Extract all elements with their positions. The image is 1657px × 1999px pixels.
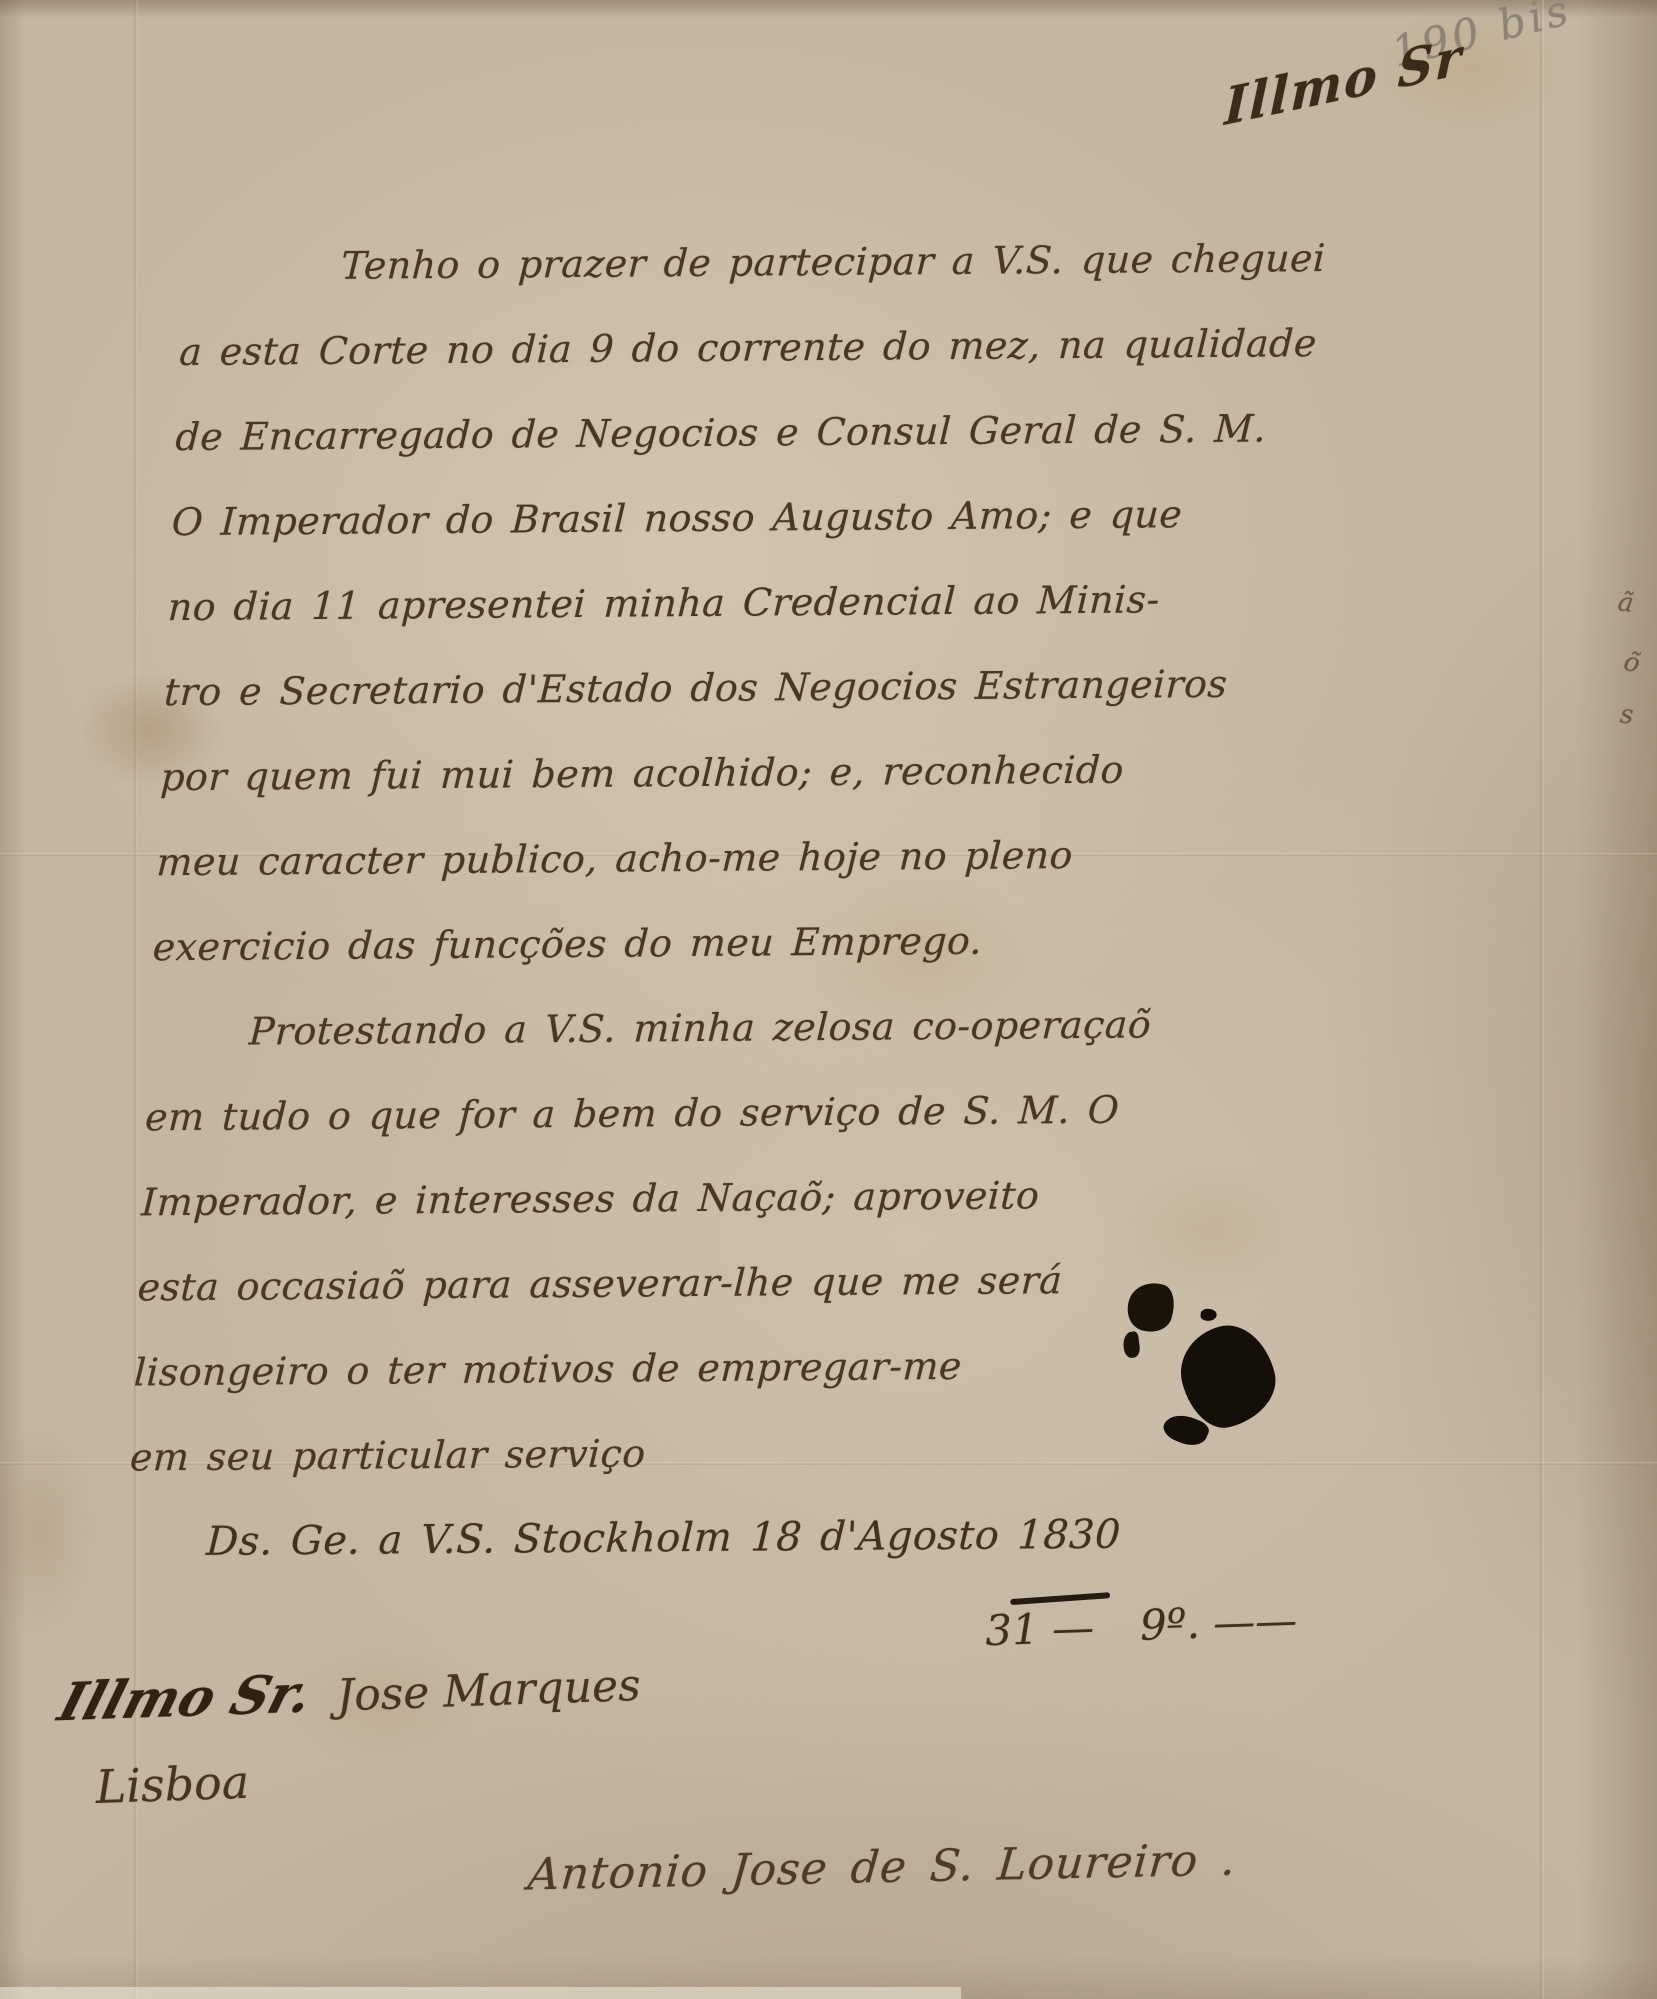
- letter-line: O Imperador do Brasil nosso Augusto Amo;…: [170, 471, 1279, 565]
- letter-scan: 190 bis Illmo Sr Tenho o prazer de parte…: [0, 0, 1657, 1999]
- letter-line: de Encarregado de Negocios e Consul Gera…: [174, 386, 1283, 480]
- address-line: Illmo Sr.Jose Marques: [60, 1652, 642, 1733]
- ink-bleed-mark: ã: [1616, 587, 1636, 619]
- letter-line: por quem fui mui bem acolhido; e, reconh…: [158, 727, 1267, 821]
- letter-line: esta occasiaõ para asseverar-lhe que me …: [136, 1237, 1245, 1331]
- ink-bleed-mark: s: [1619, 699, 1635, 730]
- letter-line: Imperador, e interesses da Naçaõ; aprove…: [140, 1152, 1249, 1246]
- address-block: Illmo Sr.Jose Marques Lisboa: [60, 1652, 645, 1815]
- docket: 31 — 9º. ——: [984, 1586, 1346, 1656]
- fold-crease-vertical: [1540, 0, 1544, 1999]
- salutation-abbreviation: Illmo Sr: [1224, 26, 1464, 137]
- recipient-honorific: Illmo Sr.: [52, 1663, 319, 1733]
- letter-body: Tenho o prazer de partecipar a V.S. que …: [124, 216, 1290, 1585]
- docket-suffix: 9º. ——: [1139, 1595, 1298, 1649]
- letter-line: em seu particular serviço: [128, 1407, 1237, 1501]
- recipient-name: Jose Marques: [336, 1660, 642, 1722]
- letter-line: exercicio das funcções do meu Emprego.: [151, 897, 1260, 991]
- scan-edge: [0, 1987, 961, 1999]
- letter-line: Protestando a V.S. minha zelosa co-opera…: [147, 982, 1256, 1076]
- recipient-city: Lisboa: [95, 1741, 645, 1814]
- letter-line: no dia 11 apresentei minha Credencial ao…: [166, 556, 1275, 650]
- letter-line: a esta Corte no dia 9 do corrente do mez…: [177, 301, 1286, 395]
- ink-bleed-mark: õ: [1621, 647, 1643, 680]
- letter-line: em tudo o que for a bem do serviço de S.…: [143, 1067, 1252, 1161]
- paper-stain: [0, 1380, 120, 1680]
- letter-line: lisongeiro o ter motivos de empregar-me: [132, 1322, 1241, 1416]
- letter-line: tro e Secretario d'Estado dos Negocios E…: [162, 641, 1271, 735]
- docket-number: 31 —: [984, 1602, 1094, 1655]
- letter-line: meu caracter publico, acho-me hoje no pl…: [155, 812, 1264, 906]
- signature: Antonio Jose de S. Loureiro .: [526, 1835, 1238, 1901]
- dateline: Ds. Ge. a V.S. Stockholm 18 d'Agosto 183…: [124, 1492, 1233, 1586]
- letter-line: Tenho o prazer de partecipar a V.S. que …: [181, 216, 1290, 310]
